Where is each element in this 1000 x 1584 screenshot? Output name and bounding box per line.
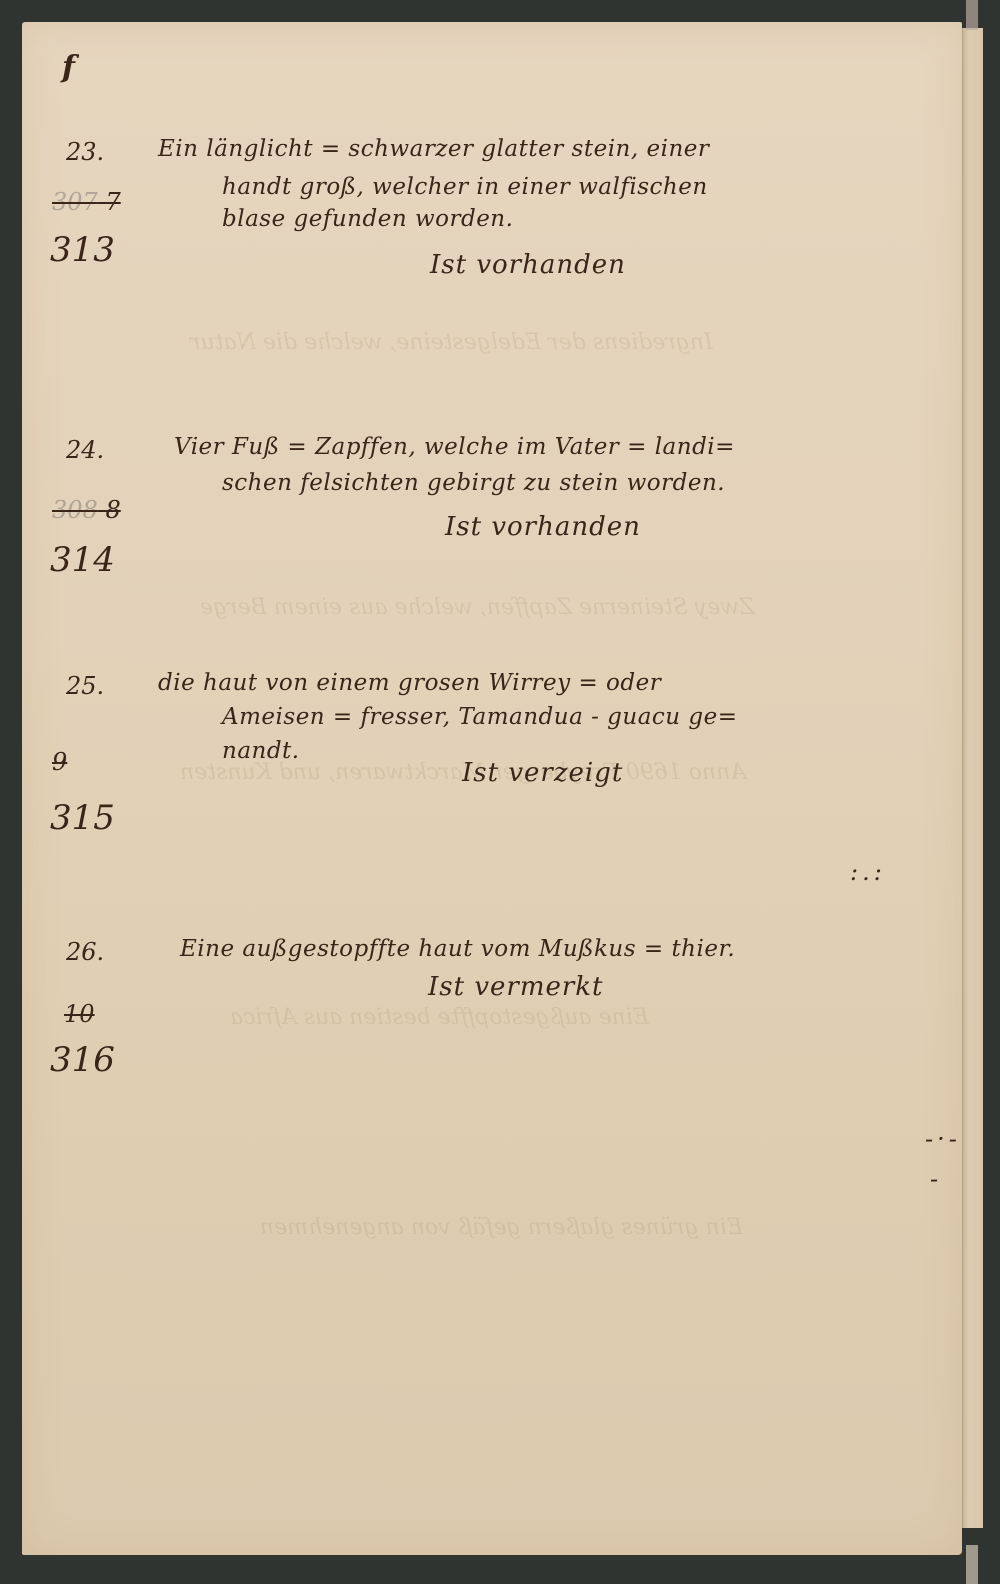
folio-mark: f: [62, 50, 75, 85]
status-note: Ist verzeigt: [462, 758, 623, 788]
status-note: Ist vorhanden: [430, 250, 626, 280]
binding-strip-top: [966, 0, 978, 30]
entry-text-line: blase gefunden worden.: [222, 206, 513, 232]
edge-mark: -·-: [925, 1125, 961, 1153]
entry-text-line: schen felsichten gebirgt zu stein worden…: [222, 470, 725, 496]
entry-number: 24.: [66, 436, 104, 464]
old-catalog-number: 10: [64, 1000, 95, 1028]
entry-number: 25.: [66, 672, 104, 700]
old-catalog-number: 308 8: [52, 496, 121, 524]
binding-strip-bottom: [966, 1545, 978, 1584]
new-catalog-number: 315: [50, 798, 115, 838]
old-catalog-number: 9: [52, 748, 67, 776]
status-note: Ist vorhanden: [445, 512, 641, 542]
old-catalog-number: 307 7: [52, 188, 121, 216]
next-page-edge: [962, 28, 983, 1528]
bleed-through-text: Eine außgestopffte bestien aus Africa: [230, 1005, 649, 1030]
entry-text-line: nandt.: [222, 738, 300, 764]
bleed-through-text: Ingrediens der Edelgesteine, welche die …: [190, 330, 713, 355]
margin-marks: :.:: [850, 858, 886, 886]
status-note: Ist vermerkt: [428, 972, 604, 1002]
new-catalog-number: 313: [50, 230, 115, 270]
new-catalog-number: 316: [50, 1040, 115, 1080]
entry-text-line: Eine außgestopffte haut vom Mußkus = thi…: [180, 936, 735, 962]
entry-text-line: Ein länglicht = schwarzer glatter stein,…: [158, 136, 709, 162]
entry-number: 23.: [66, 138, 104, 166]
new-catalog-number: 314: [50, 540, 115, 580]
entry-text-line: Ameisen = fresser, Tamandua - guacu ge=: [222, 704, 738, 730]
edge-mark: -: [930, 1165, 942, 1193]
bleed-through-text: Zwey Steinerne Zapffen, welche aus einem…: [200, 595, 755, 620]
entry-text-line: Vier Fuß = Zapffen, welche im Vater = la…: [174, 434, 735, 460]
bleed-through-text: Ein grünes glaßern gefäß von angenehmen: [260, 1215, 743, 1240]
entry-text-line: handt groß, welcher in einer walfischen: [222, 174, 708, 200]
entry-number: 26.: [66, 938, 104, 966]
entry-text-line: die haut von einem grosen Wirrey = oder: [158, 670, 661, 696]
